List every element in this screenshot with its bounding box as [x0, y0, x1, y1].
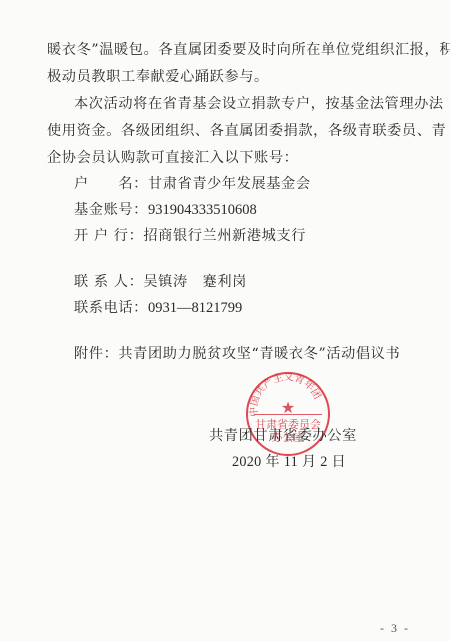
paragraph-2-line-2: 使用资金。各级团组织、各直属团委捐款，各级青联委员、青 [47, 122, 446, 140]
contact-person-label: 联 系 人： [74, 274, 143, 290]
bank-row: 开 户 行：招商银行兰州新港城支行 [74, 227, 306, 245]
contact-phone-value: 0931—8121799 [148, 300, 242, 316]
contact-phone-label: 联系电话： [74, 300, 148, 316]
paragraph-2-line-3: 企协会员认购款可直接汇入以下账号： [47, 149, 298, 167]
attachment-row: 附件：共青团助力脱贫攻坚“青暖衣冬”活动倡议书 [74, 345, 400, 363]
page-number: - 3 - [380, 621, 410, 636]
account-name-value: 甘肃省青少年发展基金会 [148, 176, 311, 192]
document-page: 暖衣冬”温暖包。各直属团委要及时向所在单位党组织汇报，积 极动员教职工奉献爱心踊… [0, 0, 450, 641]
attachment-value: 共青团助力脱贫攻坚“青暖衣冬”活动倡议书 [118, 346, 400, 362]
account-name-row: 户 名：甘肃省青少年发展基金会 [74, 175, 311, 193]
bank-label: 开 户 行： [74, 228, 143, 244]
account-name-label: 户 名： [74, 176, 148, 192]
paragraph-2-line-1: 本次活动将在省青基会设立捐款专户，按基金法管理办法 [74, 95, 444, 113]
contact-phone-row: 联系电话：0931—8121799 [74, 299, 242, 317]
account-number-row: 基金账号：931904333510608 [74, 201, 257, 219]
signature-date: 2020 年 11 月 2 日 [232, 451, 346, 471]
account-number-value: 931904333510608 [148, 202, 257, 218]
seal-line [254, 414, 322, 415]
account-number-label: 基金账号： [74, 202, 148, 218]
bank-value: 招商银行兰州新港城支行 [143, 228, 306, 244]
paragraph-1-line-1: 暖衣冬”温暖包。各直属团委要及时向所在单位党组织汇报，积 [47, 41, 450, 59]
contact-person-row: 联 系 人：吴镇涛 蹇利岗 [74, 273, 247, 291]
signature-org: 共青团甘肃省委办公室 [209, 425, 357, 445]
attachment-label: 附件： [74, 346, 118, 362]
contact-person-value: 吴镇涛 蹇利岗 [143, 274, 247, 290]
paragraph-1-line-2: 极动员教职工奉献爱心踊跃参与。 [47, 68, 269, 86]
